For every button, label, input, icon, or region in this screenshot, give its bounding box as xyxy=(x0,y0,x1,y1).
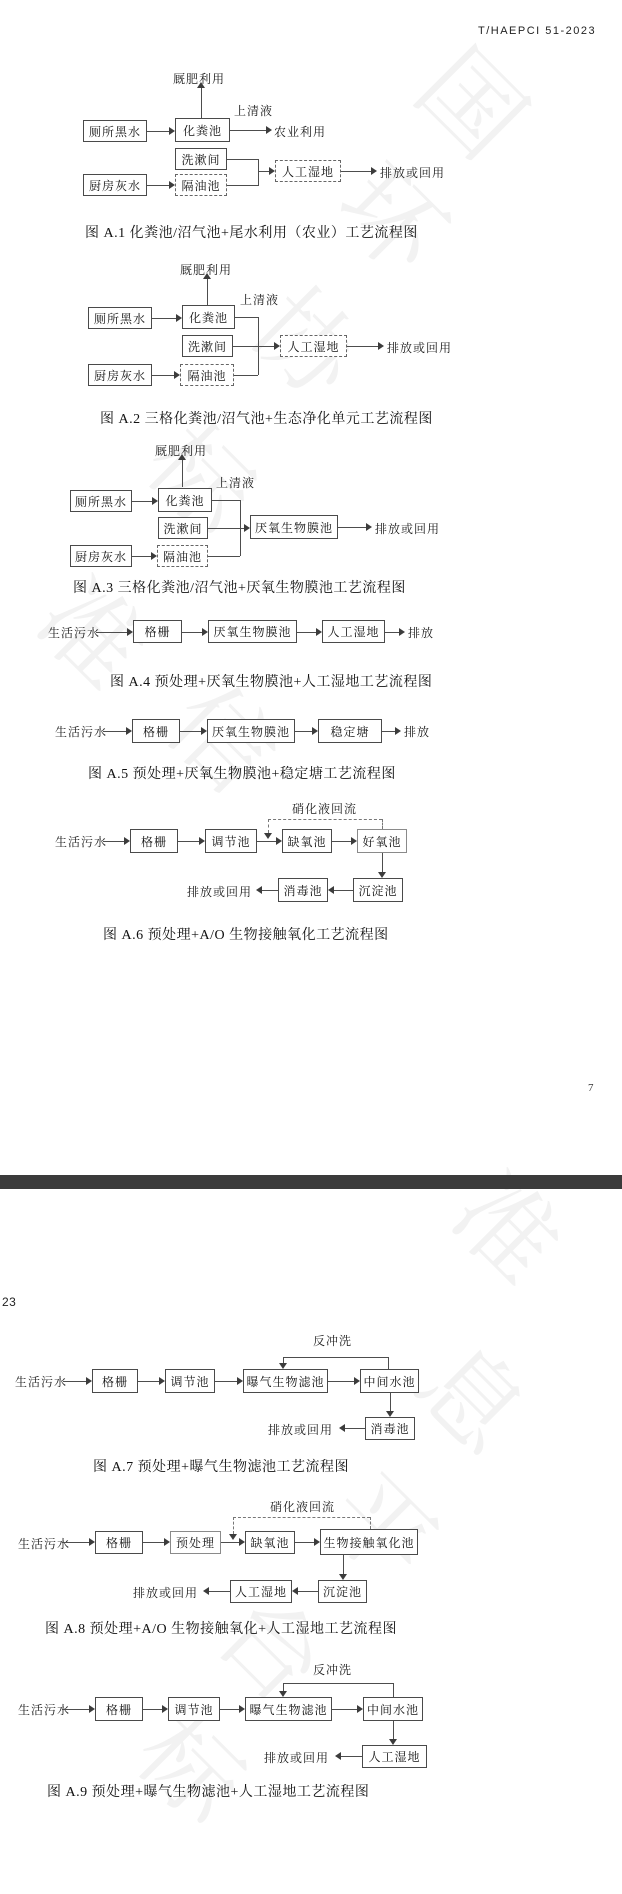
node-intermediate-tank: 中间水池 xyxy=(360,1369,419,1393)
arrowhead-left xyxy=(339,1424,345,1432)
connector-line xyxy=(227,159,258,160)
node-bar-screen: 格栅 xyxy=(130,829,178,853)
connector-line xyxy=(208,556,240,557)
node-anaerobic-biofilm-tank: 厌氧生物膜池 xyxy=(207,719,295,743)
backwash-line xyxy=(283,1683,284,1691)
connector-line xyxy=(221,1542,239,1543)
connector-line xyxy=(209,1591,230,1592)
label-discharge-or-reuse: 排放或回用 xyxy=(187,883,252,900)
node-anoxic-tank: 缺氧池 xyxy=(245,1531,295,1554)
arrowhead-left xyxy=(203,1587,209,1595)
connector-line xyxy=(143,1709,162,1710)
connector-line xyxy=(147,185,169,186)
standard-code-header-fragment: 23 xyxy=(2,1295,16,1309)
figure-caption-a3: 图 A.3 三格化粪池/沼气池+厌氧生物膜池工艺流程图 xyxy=(73,577,406,597)
arrowhead-up xyxy=(178,454,186,460)
arrowhead-right xyxy=(371,167,377,175)
connector-line xyxy=(258,171,269,172)
node-septic-tank: 化粪池 xyxy=(158,488,212,512)
label-supernatant: 上清液 xyxy=(234,102,273,119)
label-nitrified-recirculation: 硝化液回流 xyxy=(292,800,357,817)
label-domestic-sewage: 生活污水 xyxy=(15,1373,67,1390)
node-grease-trap: 隔油池 xyxy=(157,545,208,567)
label-discharge-or-reuse: 排放或回用 xyxy=(375,520,440,537)
connector-line xyxy=(334,890,353,891)
label-nitrified-recirculation: 硝化液回流 xyxy=(270,1498,335,1515)
label-supernatant: 上清液 xyxy=(240,291,279,308)
connector-line xyxy=(103,731,126,732)
connector-line xyxy=(295,1542,314,1543)
node-aerobic-tank: 好氧池 xyxy=(357,829,407,853)
node-bio-contact-oxidation-tank: 生物接触氧化池 xyxy=(320,1529,418,1555)
connector-line xyxy=(230,130,266,131)
connector-line xyxy=(341,1756,362,1757)
connector-line xyxy=(143,1542,164,1543)
page-number: 7 xyxy=(588,1082,594,1094)
arrowhead-right xyxy=(378,342,384,350)
recirculation-line xyxy=(233,1517,370,1518)
label-agri-use: 农业利用 xyxy=(274,123,326,140)
node-bar-screen: 格栅 xyxy=(95,1531,143,1554)
connector-line xyxy=(233,346,258,347)
backwash-line xyxy=(283,1683,393,1684)
node-kitchen-greywater: 厨房灰水 xyxy=(83,174,147,196)
connector-line xyxy=(297,632,316,633)
connector-line xyxy=(132,501,152,502)
connector-line xyxy=(152,375,174,376)
connector-line xyxy=(257,841,276,842)
node-septic-tank: 化粪池 xyxy=(182,305,235,329)
figure-caption-a2: 图 A.2 三格化粪池/沼气池+生态净化单元工艺流程图 xyxy=(100,408,433,428)
connector-line xyxy=(207,279,208,305)
arrowhead-up xyxy=(197,82,205,88)
figure-caption-a9: 图 A.9 预处理+曝气生物滤池+人工湿地工艺流程图 xyxy=(47,1781,369,1801)
node-biological-aerated-filter: 曝气生物滤池 xyxy=(243,1369,328,1393)
label-domestic-sewage: 生活污水 xyxy=(55,833,107,850)
node-constructed-wetland: 人工湿地 xyxy=(275,160,341,182)
connector-line xyxy=(152,318,176,319)
node-kitchen-greywater: 厨房灰水 xyxy=(88,364,152,386)
arrowhead-right xyxy=(366,523,372,531)
node-anoxic-tank: 缺氧池 xyxy=(282,829,332,853)
arrowhead-up xyxy=(203,273,211,279)
node-toilet-blackwater: 厕所黑水 xyxy=(83,120,147,142)
connector-line xyxy=(227,185,258,186)
connector-line xyxy=(341,171,371,172)
connector-line xyxy=(235,317,258,318)
arrowhead-down xyxy=(264,833,272,839)
backwash-line xyxy=(283,1357,388,1358)
label-domestic-sewage: 生活污水 xyxy=(48,624,100,641)
connector-line xyxy=(180,731,201,732)
label-backwash: 反冲洗 xyxy=(313,1661,352,1678)
watermark-glyph: 国 xyxy=(399,34,540,175)
label-discharge-or-reuse: 排放或回用 xyxy=(268,1421,333,1438)
node-constructed-wetland: 人工湿地 xyxy=(322,620,385,643)
label-discharge: 排放 xyxy=(408,624,434,641)
label-backwash: 反冲洗 xyxy=(313,1332,352,1349)
connector-line xyxy=(328,1381,354,1382)
connector-line xyxy=(182,632,202,633)
node-septic-tank: 化粪池 xyxy=(175,118,230,142)
arrowhead-left xyxy=(292,1587,298,1595)
node-regulating-tank: 调节池 xyxy=(165,1369,215,1393)
connector-line xyxy=(295,731,312,732)
node-stabilization-pond: 稳定塘 xyxy=(318,719,382,743)
figure-caption-a6: 图 A.6 预处理+A/O 生物接触氧化工艺流程图 xyxy=(103,924,389,944)
connector-line xyxy=(262,890,278,891)
connector-line xyxy=(338,527,366,528)
recirculation-line xyxy=(233,1517,234,1534)
connector-line xyxy=(332,841,351,842)
node-bar-screen: 格栅 xyxy=(95,1697,143,1721)
connector-line xyxy=(212,500,240,501)
node-constructed-wetland: 人工湿地 xyxy=(230,1580,292,1603)
arrowhead-left xyxy=(256,886,262,894)
node-constructed-wetland: 人工湿地 xyxy=(280,335,347,357)
connector-line xyxy=(345,1428,365,1429)
recirculation-line xyxy=(268,819,382,820)
node-regulating-tank: 调节池 xyxy=(205,829,257,853)
node-sedimentation-tank: 沉淀池 xyxy=(318,1580,367,1603)
connector-line xyxy=(347,346,378,347)
arrowhead-right xyxy=(395,727,401,735)
node-grease-trap: 隔油池 xyxy=(175,174,227,196)
node-kitchen-greywater: 厨房灰水 xyxy=(70,545,132,567)
document-page: 国 环 协 标 准 信 息 平 台 标 准 T/HAEPCI 51-2023 厩… xyxy=(0,0,622,1894)
label-supernatant: 上清液 xyxy=(216,474,255,491)
node-washroom: 洗漱间 xyxy=(175,148,227,170)
node-toilet-blackwater: 厕所黑水 xyxy=(70,490,132,512)
connector-line xyxy=(215,1381,237,1382)
connector-line xyxy=(178,841,199,842)
connector-line xyxy=(63,1381,86,1382)
connector-line xyxy=(201,88,202,118)
arrowhead-right xyxy=(399,628,405,636)
recirculation-line xyxy=(268,819,269,833)
connector-line xyxy=(132,556,151,557)
backwash-line xyxy=(393,1683,394,1697)
figure-caption-a8: 图 A.8 预处理+A/O 生物接触氧化+人工湿地工艺流程图 xyxy=(45,1618,397,1638)
connector-line xyxy=(220,1709,239,1710)
standard-code-header: T/HAEPCI 51-2023 xyxy=(478,25,596,37)
label-discharge-or-reuse: 排放或回用 xyxy=(387,339,452,356)
connector-line xyxy=(96,632,127,633)
node-toilet-blackwater: 厕所黑水 xyxy=(88,307,152,329)
backwash-line xyxy=(388,1357,389,1369)
connector-line xyxy=(343,1555,344,1574)
page-separator xyxy=(0,1175,622,1189)
arrowhead-down xyxy=(229,1534,237,1540)
connector-line xyxy=(258,346,274,347)
arrowhead-left xyxy=(335,1752,341,1760)
node-sedimentation-tank: 沉淀池 xyxy=(353,878,403,902)
label-domestic-sewage: 生活污水 xyxy=(55,723,107,740)
connector-line xyxy=(138,1381,159,1382)
connector-line xyxy=(208,528,244,529)
connector-line xyxy=(103,841,124,842)
label-discharge-or-reuse: 排放或回用 xyxy=(264,1749,329,1766)
connector-line xyxy=(234,375,258,376)
node-anaerobic-biofilm-tank: 厌氧生物膜池 xyxy=(208,620,297,643)
node-grease-trap: 隔油池 xyxy=(180,364,234,386)
node-anaerobic-biofilm-tank: 厌氧生物膜池 xyxy=(250,515,338,539)
node-bar-screen: 格栅 xyxy=(132,719,180,743)
node-biological-aerated-filter: 曝气生物滤池 xyxy=(245,1697,332,1721)
watermark-glyph: 息 xyxy=(399,1329,540,1470)
node-intermediate-tank: 中间水池 xyxy=(363,1697,423,1721)
node-pretreatment: 预处理 xyxy=(170,1531,221,1554)
node-bar-screen: 格栅 xyxy=(133,620,182,643)
label-discharge: 排放 xyxy=(404,723,430,740)
connector-line xyxy=(390,1393,391,1411)
connector-line xyxy=(385,632,399,633)
connector-line xyxy=(258,159,259,186)
figure-caption-a5: 图 A.5 预处理+厌氧生物膜池+稳定塘工艺流程图 xyxy=(88,763,396,783)
connector-line xyxy=(393,1721,394,1739)
node-washroom: 洗漱间 xyxy=(182,335,233,357)
connector-line xyxy=(62,1709,89,1710)
label-discharge-or-reuse: 排放或回用 xyxy=(133,1584,198,1601)
node-regulating-tank: 调节池 xyxy=(168,1697,220,1721)
label-domestic-sewage: 生活污水 xyxy=(18,1535,70,1552)
arrowhead-left xyxy=(328,886,334,894)
connector-line xyxy=(298,1591,318,1592)
connector-line xyxy=(182,460,183,487)
figure-caption-a7: 图 A.7 预处理+曝气生物滤池工艺流程图 xyxy=(93,1456,349,1476)
node-bar-screen: 格栅 xyxy=(92,1369,138,1393)
arrowhead-right xyxy=(266,126,272,134)
node-washroom: 洗漱间 xyxy=(158,517,208,539)
recirculation-line xyxy=(382,819,383,829)
node-disinfection-tank: 消毒池 xyxy=(365,1417,415,1440)
figure-caption-a4: 图 A.4 预处理+厌氧生物膜池+人工湿地工艺流程图 xyxy=(110,671,432,691)
connector-line xyxy=(147,131,169,132)
connector-line xyxy=(62,1542,89,1543)
node-disinfection-tank: 消毒池 xyxy=(278,878,328,902)
label-discharge-or-reuse: 排放或回用 xyxy=(380,164,445,181)
figure-caption-a1: 图 A.1 化粪池/沼气池+尾水利用（农业）工艺流程图 xyxy=(85,222,418,242)
connector-line xyxy=(382,731,395,732)
node-constructed-wetland: 人工湿地 xyxy=(362,1745,427,1768)
connector-line xyxy=(332,1709,357,1710)
connector-line xyxy=(382,853,383,872)
recirculation-line xyxy=(370,1517,371,1529)
